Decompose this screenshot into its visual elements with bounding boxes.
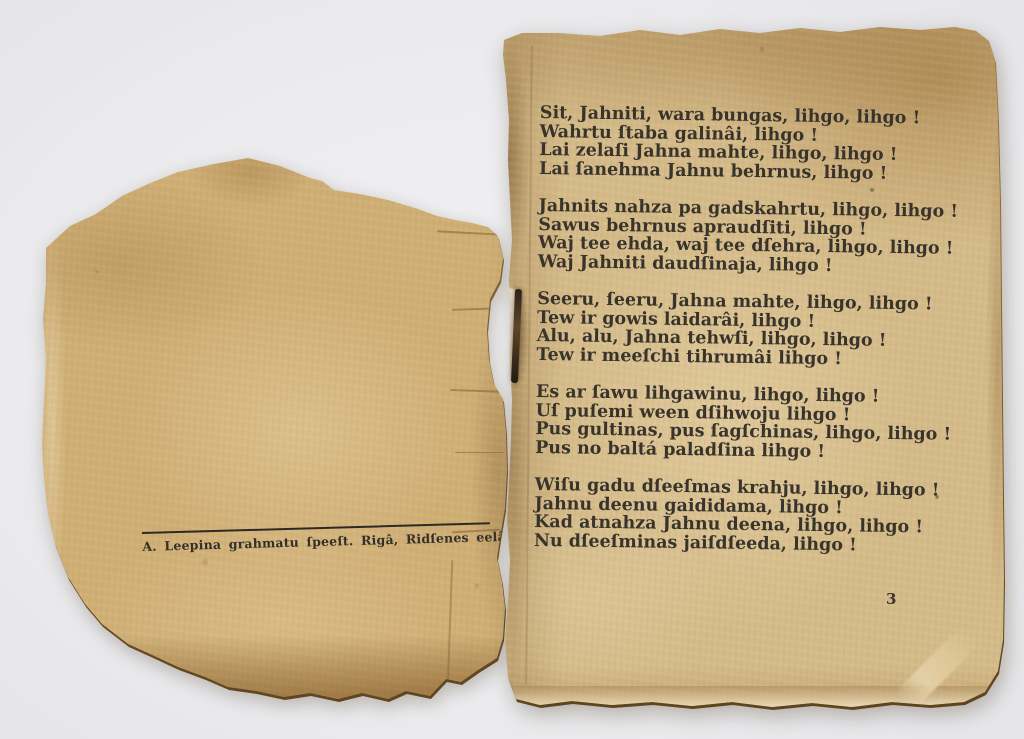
- stanza: Es ar ſawu lihgawinu, lihgo, lihgo ! Uſ …: [535, 383, 966, 463]
- stanza: Wiſu gadu dſeeſmas krahju, lihgo, lihgo …: [534, 476, 965, 556]
- photo-background: A. Leepina grahmatu ſpeeſt. Rigâ, Ridſen…: [0, 0, 1024, 739]
- page-number: 3: [886, 590, 896, 608]
- crease-line: [525, 45, 533, 685]
- stanza: Jahnits nahza pa gadskahrtu, lihgo, lihg…: [538, 197, 969, 277]
- stanza: Seeru, ſeeru, Jahna mahte, lihgo, lihgo …: [536, 290, 967, 370]
- stanza: Sit, Jahniti, wara bungas, lihgo, lihgo …: [539, 104, 970, 184]
- song-text-block: Sit, Jahniti, wara bungas, lihgo, lihgo …: [534, 104, 970, 575]
